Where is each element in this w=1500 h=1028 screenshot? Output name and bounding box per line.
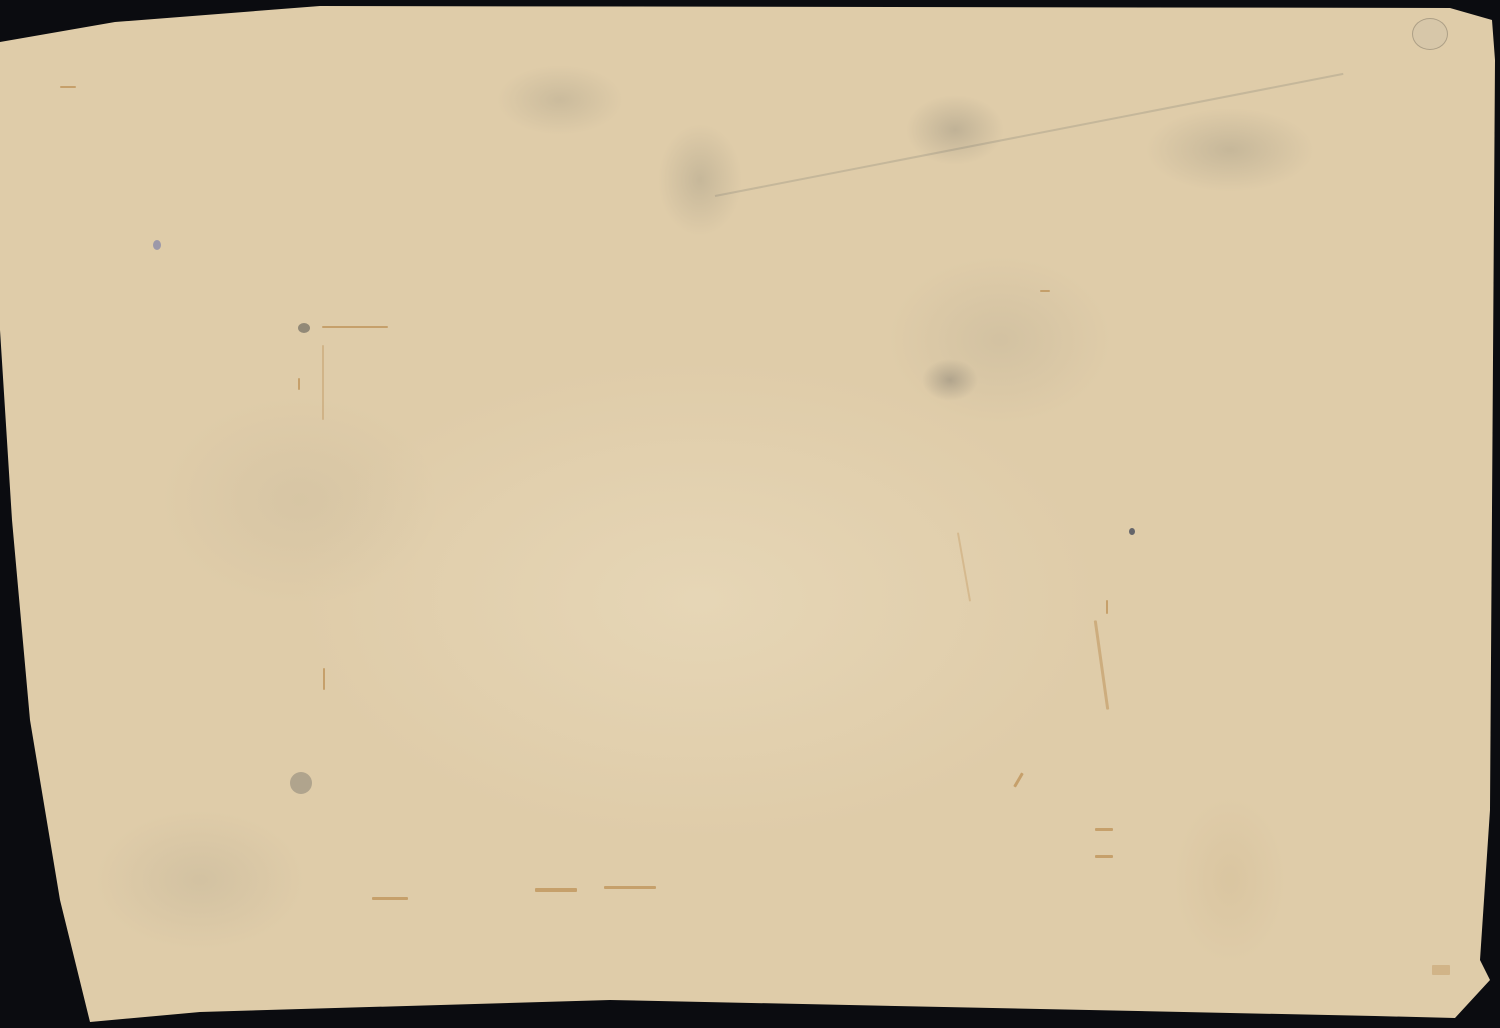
grey-smudge <box>290 772 312 794</box>
rust-mark <box>322 326 388 328</box>
crease-line <box>715 73 1344 197</box>
rust-mark <box>1106 600 1108 614</box>
paper-sheet <box>0 0 1500 1028</box>
dark-spot <box>1129 528 1135 535</box>
blue-spot <box>153 240 161 250</box>
rust-mark <box>372 897 408 900</box>
rust-mark <box>298 378 300 390</box>
rust-mark <box>1095 828 1113 831</box>
rust-mark <box>322 345 324 420</box>
rust-mark <box>604 886 656 889</box>
rust-mark <box>1040 290 1050 292</box>
rust-mark <box>957 532 971 601</box>
rust-mark <box>1432 965 1450 975</box>
ring-stain <box>1412 18 1448 50</box>
dark-spot <box>298 323 310 333</box>
rust-mark <box>323 668 325 690</box>
rust-mark <box>60 86 76 88</box>
rust-mark <box>1094 620 1109 710</box>
photo-scene <box>0 0 1500 1028</box>
rust-mark <box>1013 772 1024 787</box>
rust-mark <box>1095 855 1113 858</box>
rust-mark <box>535 888 577 892</box>
